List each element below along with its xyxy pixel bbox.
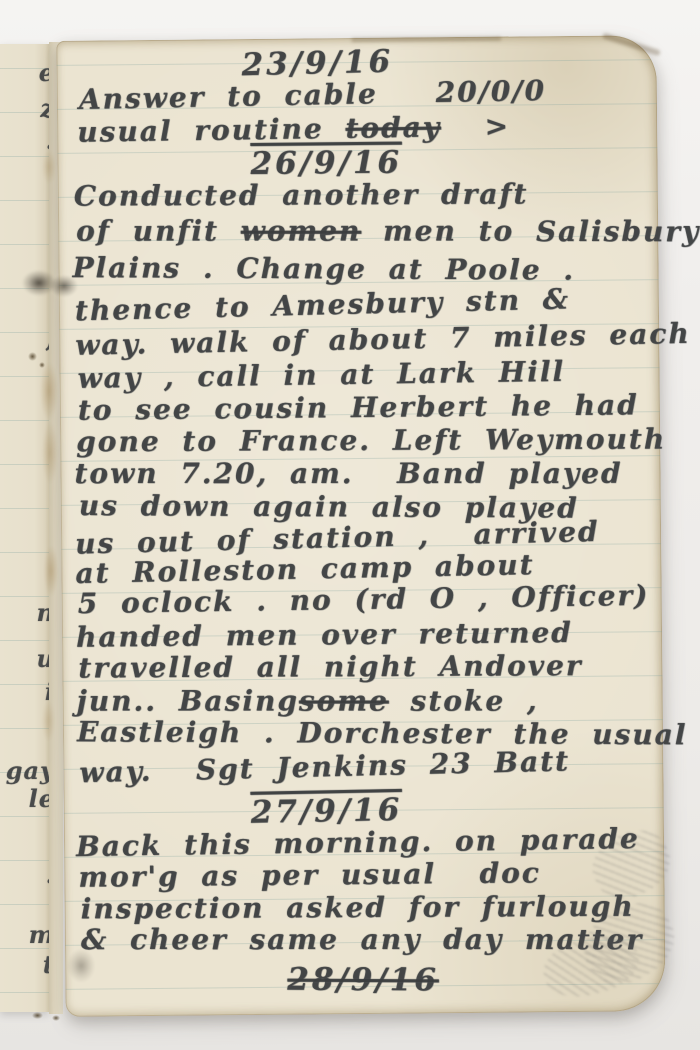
handwriting-segment: 5 oclock . no (rd O , Officer) — [77, 579, 649, 620]
notebook-photo: ez·,nuigayle.mt 23/9/16Answer to cable20… — [0, 0, 700, 1050]
handwriting-segment: to see cousin Herbert he had — [78, 388, 639, 426]
handwriting-segment: some — [299, 685, 389, 718]
handwriting-line: town 7.20, am. Band played — [74, 457, 622, 490]
edge-grime — [351, 37, 501, 42]
handwriting-segment: men to Salisbury — [361, 215, 700, 248]
handwriting-segment: travelled all night Andover — [78, 649, 582, 684]
handwriting-segment: handed men over returned — [76, 616, 573, 654]
handwriting-segment: > — [441, 109, 510, 143]
handwriting-segment: Conducted another draft — [74, 177, 529, 212]
edge-grime — [602, 33, 661, 57]
handwriting-segment: Plains . Change at Poole . — [72, 251, 575, 287]
handwriting-segment: inspection asked for furlough — [81, 890, 635, 926]
handwriting-line: way. Sgt Jenkins 23 Batt — [79, 744, 570, 789]
handwriting-fragment: le — [29, 784, 49, 813]
handwriting-segment: usual routine — [77, 112, 346, 149]
handwriting-line: & cheer same any day matter — [81, 923, 643, 956]
handwriting-line: Eastleigh . Dorchester the usual — [77, 715, 688, 751]
handwriting-line: usual routine today > — [77, 109, 510, 148]
handwriting-line: travelled all night Andover — [78, 649, 582, 684]
handwriting-line: handed men over returned — [76, 616, 573, 654]
handwriting-segment: Eastleigh . Dorchester the usual — [77, 715, 688, 751]
handwriting-line: Conducted another draft — [74, 177, 529, 212]
handwriting-fragment: n — [37, 598, 49, 627]
handwriting-fragment: e — [39, 58, 49, 87]
diary-page: 23/9/16Answer to cable20/0/0usual routin… — [56, 35, 665, 1017]
handwriting-fragment: u — [37, 644, 49, 673]
stain-speck — [32, 1012, 43, 1019]
handwriting-segment: 28/9/16 — [287, 962, 439, 999]
stain-speck — [52, 1015, 60, 1021]
handwriting-segment: stoke , — [389, 685, 539, 718]
handwriting-segment: 26/9/16 — [250, 145, 402, 182]
entry-date: 26/9/16 — [250, 145, 402, 182]
handwriting-line: 5 oclock . no (rd O , Officer) — [77, 579, 649, 620]
ruled-lines — [0, 44, 49, 1012]
handwriting-line: of unfit women men to Salisbury — [76, 215, 700, 248]
handwriting-segment: gone to France. Left Weymouth — [76, 423, 666, 459]
entry-date: 28/9/16 — [287, 962, 439, 999]
handwriting-segment: Back this morning. on parade — [76, 822, 640, 863]
handwriting-segment: town 7.20, am. Band played — [74, 457, 622, 490]
handwriting-segment: jun.. Basing — [77, 684, 299, 717]
handwriting-segment: mor'g as per usual doc — [78, 856, 541, 893]
handwriting-line: inspection asked for furlough — [81, 890, 635, 926]
handwriting-line: gone to France. Left Weymouth — [76, 423, 666, 459]
handwriting-line: to see cousin Herbert he had — [78, 388, 639, 426]
handwriting-line: Plains . Change at Poole . — [72, 251, 575, 287]
handwriting-segment: women — [241, 215, 362, 248]
handwriting-line: Back this morning. on parade — [76, 822, 640, 863]
handwriting-segment: 20/0/0 — [435, 74, 546, 109]
previous-page-edge: ez·,nuigayle.mt — [0, 44, 49, 1012]
handwriting-segment: Answer to cable — [79, 77, 378, 116]
handwriting-segment: of unfit — [76, 215, 241, 248]
handwriting-segment: way. Sgt Jenkins 23 Batt — [79, 744, 570, 789]
handwriting-fragment: m — [29, 920, 49, 949]
handwriting-line: mor'g as per usual doc — [78, 856, 541, 893]
handwriting-segment: & cheer same any day matter — [81, 923, 643, 956]
handwriting-segment: today — [345, 110, 441, 144]
handwriting-fragment: z — [40, 94, 49, 123]
handwriting-fragment: gay — [6, 756, 49, 785]
handwriting-line: jun.. Basingsome stoke , — [77, 684, 539, 717]
